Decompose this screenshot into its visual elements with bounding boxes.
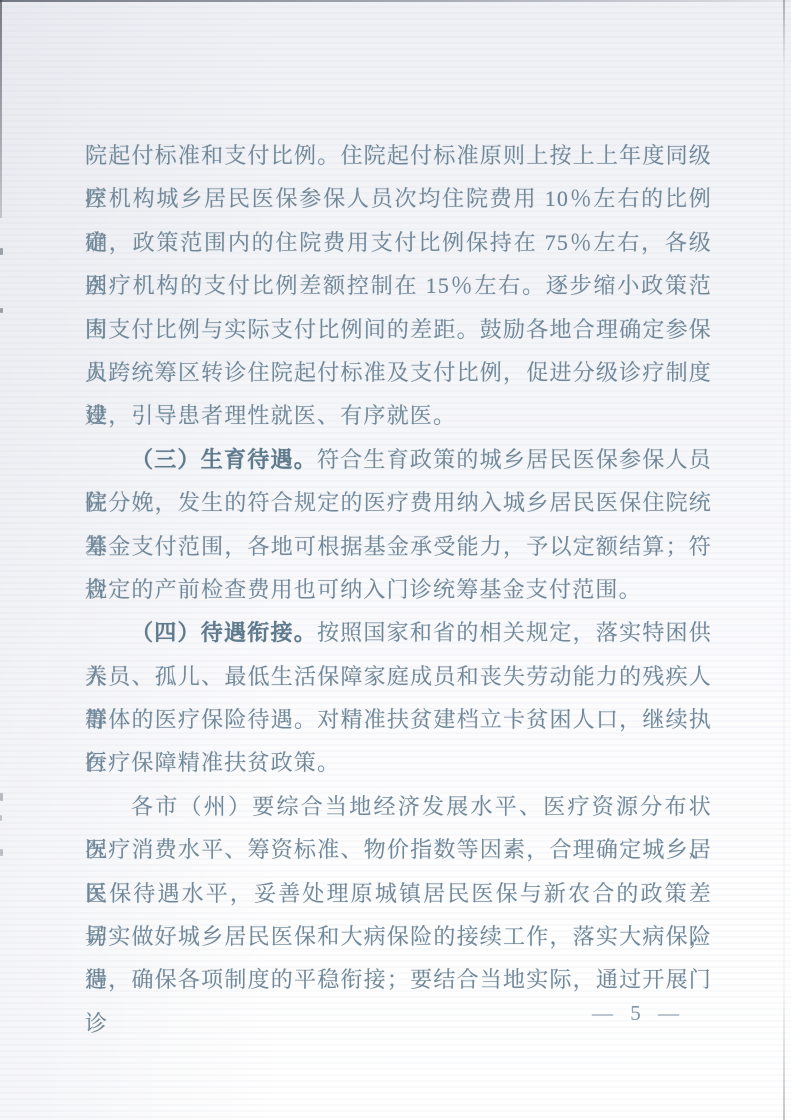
document-line: 切实做好城乡居民医保和大病保险的接续工作，落实大病保险待 — [85, 915, 712, 958]
section-4-heading: （四）待遇衔接。 — [131, 620, 317, 645]
scan-edge-top-line — [0, 0, 791, 2]
document-body: 院起付标准和支付比例。住院起付标准原则上按上上年度同级医 疗机构城乡居民医保参保… — [85, 134, 712, 1002]
scanned-document-page: 院起付标准和支付比例。住院起付标准原则上按上上年度同级医 疗机构城乡居民医保参保… — [0, 0, 791, 1120]
document-line: （四）待遇衔接。按照国家和省的相关规定，落实特困供养 — [85, 611, 712, 654]
document-line: 规定的产前检查费用也可纳入门诊统筹基金支付范围。 — [85, 568, 712, 611]
document-line: 院分娩，发生的符合规定的医疗费用纳入城乡居民医保住院统筹 — [85, 481, 712, 524]
document-line: 医疗保障精准扶贫政策。 — [85, 741, 712, 784]
page-number: — 5 — — [592, 1001, 685, 1025]
document-line: 医保待遇水平，妥善处理原城镇居民医保与新农合的政策差异， — [85, 872, 712, 915]
scan-speck — [0, 815, 2, 821]
document-line: 群体的医疗保险待遇。对精准扶贫建档立卡贫困人口，继续执行 — [85, 698, 712, 741]
scan-edge-left-line — [0, 0, 2, 218]
scan-speck — [0, 793, 3, 801]
scan-speck — [0, 849, 3, 856]
document-line: 基金支付范围，各地可根据基金承受能力，予以定额结算；符合 — [85, 525, 712, 568]
scan-speck — [0, 308, 3, 313]
document-line: 各市（州）要综合当地经济发展水平、医疗资源分布状况、 — [85, 785, 712, 828]
document-line: （三）生育待遇。符合生育政策的城乡居民医保参保人员住 — [85, 438, 712, 481]
scan-speck — [0, 248, 3, 255]
document-line: 定，政策范围内的住院费用支付比例保持在 75％左右，各级别 — [85, 221, 712, 264]
section-3-heading: （三）生育待遇。 — [131, 447, 317, 472]
document-line: 人员、孤儿、最低生活保障家庭成员和丧失劳动能力的残疾人等 — [85, 655, 712, 698]
document-line: 疗机构城乡居民医保参保人员次均住院费用 10％左右的比例确 — [85, 177, 712, 220]
scan-edge-right-line — [783, 0, 785, 1120]
document-line: 医疗消费水平、筹资标准、物价指数等因素，合理确定城乡居民 — [85, 828, 712, 871]
document-line: 医疗机构的支付比例差额控制在 15％左右。逐步缩小政策范围 — [85, 264, 712, 307]
document-line: 院起付标准和支付比例。住院起付标准原则上按上上年度同级医 — [85, 134, 712, 177]
document-line: 员跨统筹区转诊住院起付标准及支付比例，促进分级诊疗制度建 — [85, 351, 712, 394]
document-line: 内支付比例与实际支付比例间的差距。鼓励各地合理确定参保人 — [85, 308, 712, 351]
document-line: 设，引导患者理性就医、有序就医。 — [85, 394, 712, 437]
document-line: 遇，确保各项制度的平稳衔接；要结合当地实际，通过开展门诊 — [85, 958, 712, 1001]
